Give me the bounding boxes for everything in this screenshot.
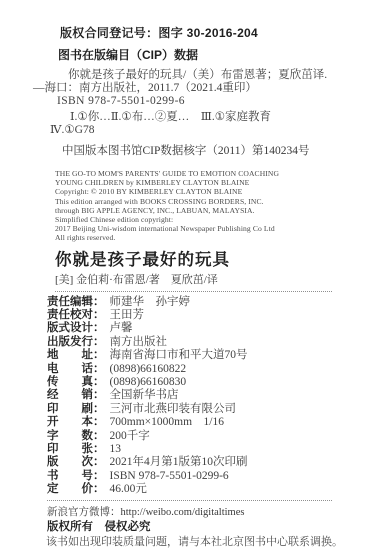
dotted-divider-top: [55, 291, 332, 292]
cip-classification-line-1: Ⅰ.①你…Ⅱ.①布…②夏… Ⅲ.①家庭教育: [70, 111, 375, 124]
colophon-row-proofreader: 责任校对：王田芳: [47, 309, 375, 322]
row-label: 版 次：: [47, 456, 105, 468]
row-value: 南方出版社: [110, 336, 168, 348]
cip-isbn-line: ISBN 978-7-5501-0299-6: [57, 95, 375, 108]
colophon-row-address: 地 址：海南省海口市和平大道70号: [47, 349, 375, 362]
colophon-row-layout-designer: 版式设计：卢馨: [47, 322, 375, 335]
row-label: 出版发行：: [47, 336, 105, 348]
row-value: 全国新华书店: [110, 389, 179, 401]
colophon-row-price: 定 价：46.00元: [47, 483, 375, 496]
colophon-rows: 责任编辑：师建华 孙宇婷 责任校对：王田芳 版式设计：卢馨 出版发行：南方出版社…: [47, 296, 375, 497]
row-label: 地 址：: [47, 349, 105, 361]
row-value: (0898)66160830: [110, 376, 187, 388]
row-label: 传 真：: [47, 376, 105, 388]
row-value: (0898)66160822: [110, 363, 187, 375]
row-value: 卢馨: [110, 322, 133, 334]
copyright-page: 版权合同登记号：图字 30-2016-204 图书在版编目（CIP）数据 你就是…: [0, 0, 375, 555]
english-copyright-block: THE GO-TO MOM'S PARENTS' GUIDE TO EMOTIO…: [55, 169, 375, 243]
cip-description-line-2: —海口：南方出版社，2011.7（2021.4重印）: [33, 82, 375, 95]
colophon-row-phone: 电 话：(0898)66160822: [47, 363, 375, 376]
colophon-row-edition: 版 次：2021年4月第1版第10次印刷: [47, 456, 375, 469]
row-value: 三河市北燕印装有限公司: [110, 403, 237, 415]
cip-description-line-1: 你就是孩子最好的玩具/（美）布雷恩著；夏欣茁译.: [68, 69, 375, 82]
colophon-row-isbn: 书 号：ISBN 978-7-5501-0299-6: [47, 470, 375, 483]
colophon-row-editor: 责任编辑：师建华 孙宇婷: [47, 296, 375, 309]
rights-notice: 版权所有 侵权必究: [47, 520, 375, 534]
colophon-row-word-count: 字 数：200千字: [47, 430, 375, 443]
row-label: 定 价：: [47, 483, 105, 495]
row-value: 2021年4月第1版第10次印刷: [110, 456, 248, 468]
cip-heading: 图书在版编目（CIP）数据: [58, 48, 375, 62]
quality-exchange-note: 该书如出现印装质量问题，请与本社北京图书中心联系调换。: [46, 535, 375, 549]
row-label: 版式设计：: [47, 322, 105, 334]
row-label: 字 数：: [47, 430, 105, 442]
colophon-row-publisher: 出版发行：南方出版社: [47, 336, 375, 349]
row-label: 印 刷：: [47, 403, 105, 415]
row-value: 700mm×1000mm 1/16: [110, 416, 224, 428]
row-label: 责任编辑：: [47, 296, 105, 308]
copyright-registration-line: 版权合同登记号：图字 30-2016-204: [60, 26, 375, 40]
row-label: 书 号：: [47, 470, 105, 482]
author-translator-byline: [美] 金伯莉·布雷恩/著 夏欣茁/译: [55, 273, 375, 287]
row-value: ISBN 978-7-5501-0299-6: [110, 470, 229, 482]
cip-record-number-line: 中国版本图书馆CIP数据核字（2011）第140234号: [62, 144, 375, 158]
row-value: 师建华 孙宇婷: [110, 296, 191, 308]
colophon-row-printer: 印 刷：三河市北燕印装有限公司: [47, 403, 375, 416]
dotted-divider-bottom: [47, 500, 332, 501]
cip-classification-line-2: Ⅳ.①G78: [50, 124, 375, 137]
row-value: 王田芳: [110, 309, 145, 321]
row-value: 46.00元: [110, 483, 147, 495]
row-label: 经 销：: [47, 389, 105, 401]
row-label: 印 张：: [47, 443, 105, 455]
colophon-row-distributor: 经 销：全国新华书店: [47, 389, 375, 402]
book-title: 你就是孩子最好的玩具: [55, 250, 375, 270]
row-label: 开 本：: [47, 416, 105, 428]
row-label: 电 话：: [47, 363, 105, 375]
row-value: 海南省海口市和平大道70号: [110, 349, 248, 361]
colophon-row-format: 开 本：700mm×1000mm 1/16: [47, 416, 375, 429]
row-value: 13: [110, 443, 122, 455]
weibo-line: 新浪官方微博：http://weibo.com/digitaltimes: [47, 506, 375, 519]
row-label: 责任校对：: [47, 309, 105, 321]
colophon-row-sheets: 印 张：13: [47, 443, 375, 456]
row-value: 200千字: [110, 430, 150, 442]
colophon-row-fax: 传 真：(0898)66160830: [47, 376, 375, 389]
